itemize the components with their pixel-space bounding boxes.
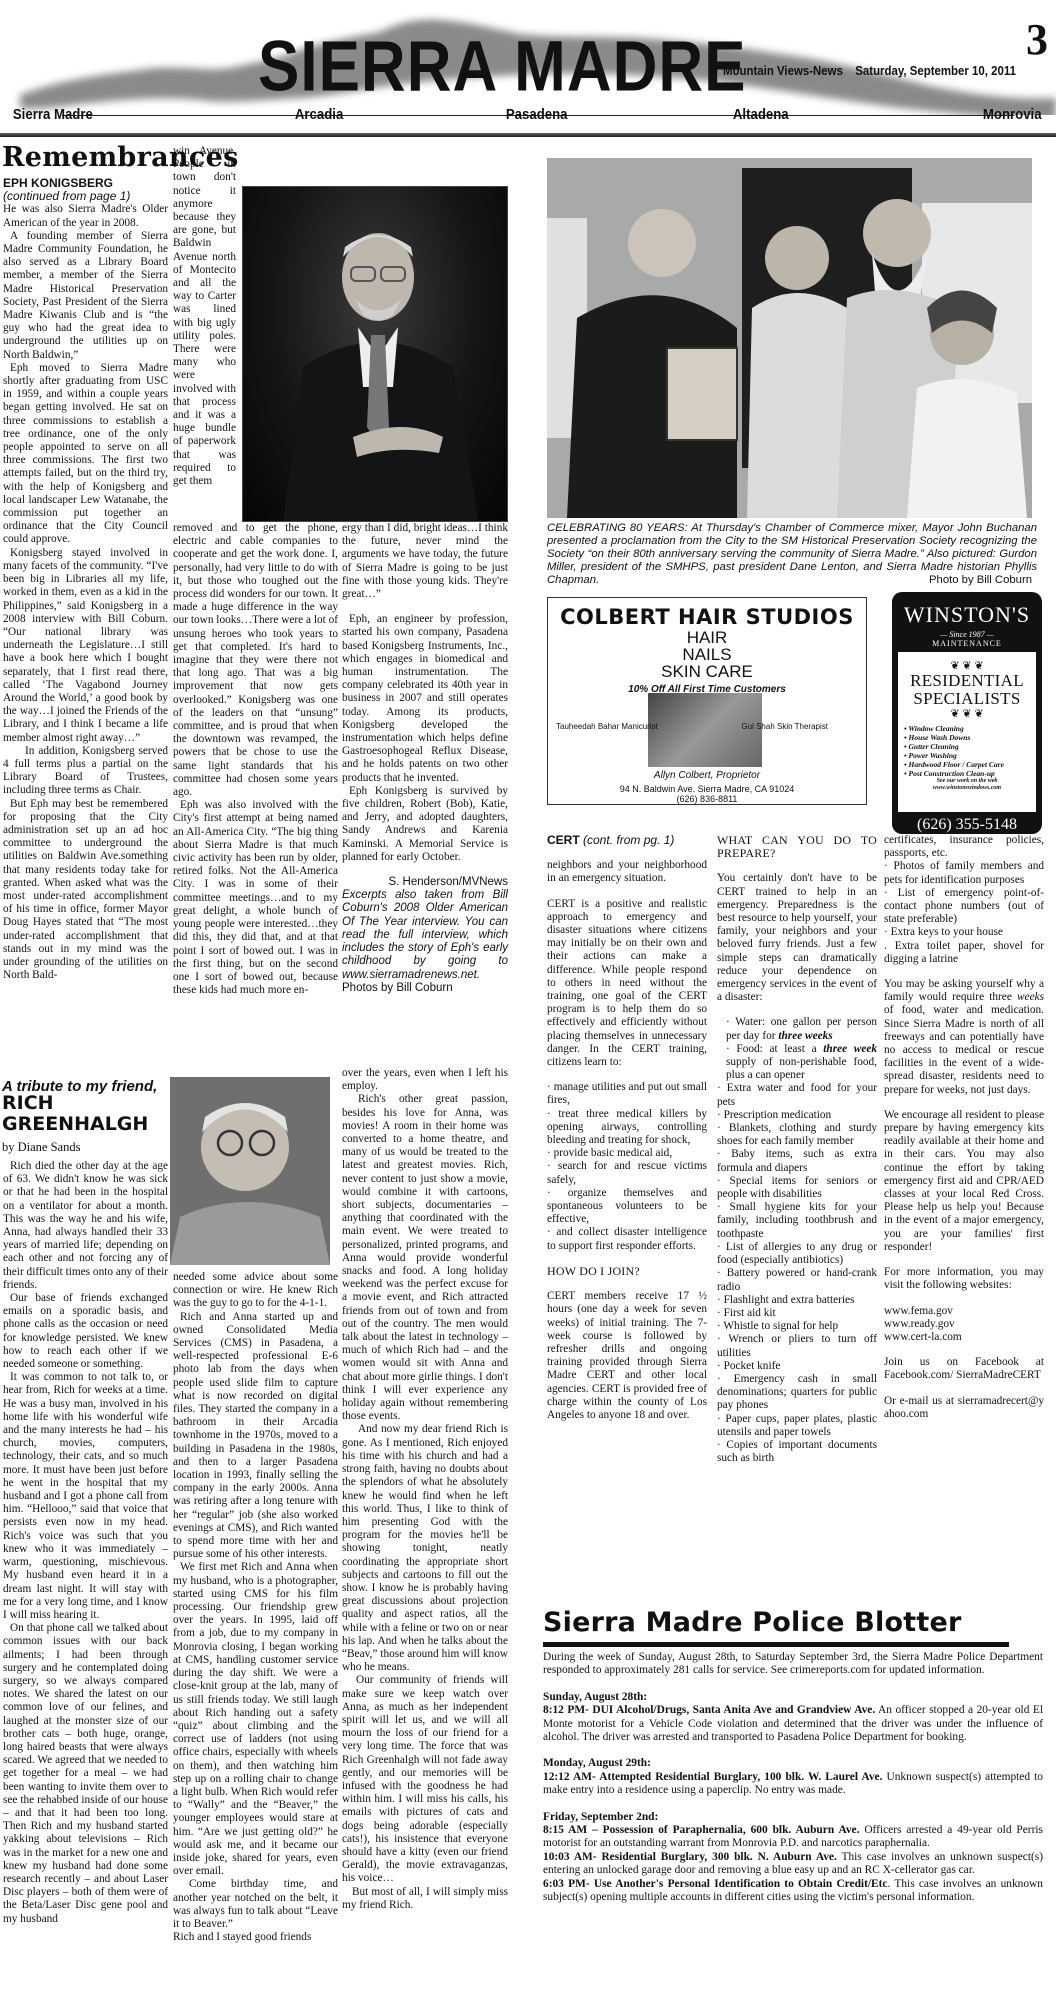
- ad-staff-right: Gul Shah Skin Therapist: [741, 722, 828, 731]
- cert-prepare-heading: WHAT CAN YOU DO TO PREPARE?: [717, 834, 877, 860]
- eph-article-col-3: ergy than I did, bright ideas…I think th…: [342, 522, 508, 995]
- why-emphasis: weeks: [1017, 991, 1044, 1003]
- blotter-entry: 6:03 PM- Use Another's Personal Identifi…: [543, 1878, 1043, 1905]
- rich-greenhalgh-photo: [170, 1077, 330, 1265]
- ad-service-item: • Post Construction Clean-up: [904, 769, 1036, 778]
- kit-item: · Food: at least a three week supply of …: [726, 1043, 877, 1083]
- kit-item: · Emergency cash in small denominations;…: [717, 1373, 877, 1413]
- ornament-icon: ❦ ❦ ❦: [898, 708, 1036, 720]
- rich-paragraph: Rich and Anna started up and owned Conso…: [173, 1311, 338, 1562]
- cert-col-1: CERT (cont. from pg. 1) neighbors and yo…: [547, 834, 707, 1422]
- rich-paragraph: Rich's other great passion, besides his …: [342, 1093, 508, 1423]
- website-link-cert-la[interactable]: www.cert-la.com: [884, 1331, 1044, 1344]
- ad-proprietor: Allyn Colbert, Proprietor: [548, 770, 866, 781]
- rich-byline: by Diane Sands: [2, 1140, 80, 1155]
- eph-paragraph: Eph was also involved with the City's fi…: [173, 799, 338, 997]
- kit-item: · Blankets, clothing and sturdy shoes fo…: [717, 1122, 877, 1148]
- ad-address: 94 N. Baldwin Ave. Sierra Madre, CA 9102…: [548, 784, 866, 804]
- cert-kicker: CERT (cont. from pg. 1): [547, 834, 707, 847]
- ad-service-item: • Window Cleaning: [904, 724, 1036, 733]
- blotter-day-heading: Monday, August 29th:: [543, 1757, 651, 1769]
- rich-paragraph: Our base of friends exchanged emails on …: [3, 1292, 168, 1371]
- cert-col-3: certificates, insurance policies, passpo…: [884, 834, 1044, 1421]
- masthead: 3 SIERRA MADRE Mountain Views-NewsSaturd…: [0, 0, 1056, 140]
- kit-item: · List of emergency point-of-contact pho…: [884, 887, 1044, 927]
- rich-paragraph: Our community of friends will make sure …: [342, 1674, 508, 1885]
- kit-item: . Extra toilet paper, shovel for digging…: [884, 940, 1044, 966]
- kit-item: · Photos of family members and pets for …: [884, 860, 1044, 886]
- rich-article-col-3: over the years, even when I left his emp…: [342, 1067, 508, 1912]
- eph-paragraph: ergy than I did, bright ideas…I think th…: [342, 522, 508, 601]
- ad-headline: SPECIALISTS: [898, 690, 1036, 708]
- website-link-fema[interactable]: www.fema.gov: [884, 1305, 1044, 1318]
- facebook-link[interactable]: Join us on Facebook at Facebook.com/ Sie…: [884, 1356, 1044, 1382]
- cert-kicker-label: CERT: [547, 833, 580, 847]
- ad-street-address: 94 N. Baldwin Ave. Sierra Madre, CA 9102…: [548, 784, 866, 794]
- eph-paragraph: He was also Sierra Madre's Older America…: [3, 203, 168, 229]
- ad-phone: (626) 836-8811: [548, 794, 866, 804]
- eph-paragraph: Eph moved to Sierra Madre shortly after …: [3, 362, 168, 547]
- ad-headline: RESIDENTIAL: [898, 672, 1036, 690]
- winstons-maintenance-ad[interactable]: WINSTON'S — Since 1987 — MAINTENANCE ❦ ❦…: [892, 592, 1042, 834]
- learn-item: · treat three medical killers by opening…: [547, 1108, 707, 1148]
- kit-text: · Food: at least a: [726, 1043, 823, 1055]
- ad-subtitle: MAINTENANCE: [892, 639, 1042, 648]
- ad-web-note: See our work on the web: [898, 778, 1036, 785]
- cert-col-2: WHAT CAN YOU DO TO PREPARE? You certainl…: [717, 834, 877, 1465]
- rich-paragraph: On that phone call we talked about commo…: [3, 1622, 168, 1926]
- blotter-entry-heading: 10:03 AM- Residential Burglary, 300 blk.…: [543, 1851, 837, 1863]
- rich-photo-graphic: [170, 1077, 330, 1265]
- blotter-entry: 10:03 AM- Residential Burglary, 300 blk.…: [543, 1851, 1043, 1878]
- rich-paragraph: And now my dear friend Rich is gone. As …: [342, 1423, 508, 1674]
- ad-service: HAIR: [548, 629, 866, 646]
- blotter-day-heading: Sunday, August 28th:: [543, 1691, 647, 1703]
- rich-paragraph: over the years, even when I left his emp…: [342, 1067, 508, 1093]
- blotter-intro: During the week of Sunday, August 28th, …: [543, 1651, 1043, 1678]
- kit-item: · First aid kit: [717, 1307, 877, 1320]
- eph-paragraph: removed and to get the phone, electric a…: [173, 522, 338, 799]
- issue-date: Saturday, September 10, 2011: [855, 63, 1016, 78]
- ad-panel: ❦ ❦ ❦ RESIDENTIAL SPECIALISTS ❦ ❦ ❦ • Wi…: [898, 652, 1036, 812]
- cert-paragraph: CERT members receive 17 ½ hours (one day…: [547, 1290, 707, 1422]
- cert-kit-list-cont: · Extra water and food for your pets · P…: [717, 1082, 877, 1465]
- kit-item: · Battery powered or hand-crank radio: [717, 1267, 877, 1293]
- masthead-title: SIERRA MADRE: [258, 32, 747, 103]
- kit-item: · Whistle to signal for help: [717, 1320, 877, 1333]
- ad-service: NAILS: [548, 646, 866, 663]
- group-photo-credit: Photo by Bill Coburn: [929, 574, 1032, 586]
- kit-item: · Special items for seniors or people wi…: [717, 1175, 877, 1201]
- publication-name: Mountain Views-News: [723, 63, 843, 78]
- eph-paragraph: Eph Konigsberg is survived by five child…: [342, 785, 508, 864]
- why-text: of food, water and medication. Since Sie…: [884, 1004, 1044, 1095]
- cert-continued: (cont. from pg. 1): [583, 833, 674, 847]
- ad-staff-left: Tauheedah Bahar Manicurist: [556, 722, 658, 731]
- kit-text: supply of non-perishable food, plus a ca…: [726, 1056, 877, 1081]
- rich-paragraph: We first met Rich and Anna when my husba…: [173, 1561, 338, 1878]
- blotter-day: Friday, September 2nd: 8:15 AM – Possess…: [543, 1811, 1043, 1905]
- kit-item: · Copies of important documents such as …: [717, 1439, 877, 1465]
- eph-paragraph: A founding member of Sierra Madre Commun…: [3, 230, 168, 362]
- eph-article-col-1: EPH KONIGSBERG (continued from page 1) H…: [3, 177, 168, 982]
- rich-article-col-2: needed some advice about some connection…: [173, 1271, 338, 1944]
- cert-paragraph: CERT is a positive and realistic approac…: [547, 898, 707, 1070]
- group-photo-graphic: [547, 158, 1032, 518]
- kit-emphasis: three week: [823, 1043, 877, 1055]
- kit-emphasis: three weeks: [778, 1030, 832, 1042]
- learn-item: · organize themselves and spontaneous vo…: [547, 1187, 707, 1227]
- ad-service: SKIN CARE: [548, 663, 866, 680]
- blotter-entry-heading: 6:03 PM- Use Another's Personal Identifi…: [543, 1878, 887, 1890]
- eph-paragraph: In addition, Konigsberg served 4 full te…: [3, 745, 168, 798]
- masthead-rule: [0, 133, 1056, 137]
- rich-paragraph: It was common to not talk to, or hear fr…: [3, 1371, 168, 1622]
- ad-service-item: • Hardwood Floor / Carpet Care: [904, 760, 1036, 769]
- city-arcadia: Arcadia: [294, 106, 344, 123]
- ad-since: — Since 1987 —: [892, 630, 1042, 639]
- rich-paragraph: Come birthday time, and another year not…: [173, 1878, 338, 1931]
- blotter-entry-heading: 8:12 PM- DUI Alcohol/Drugs, Santa Anita …: [543, 1704, 875, 1716]
- rich-paragraph: needed some advice about some connection…: [173, 1271, 338, 1311]
- kit-item: · Paper cups, paper plates, plastic uten…: [717, 1413, 877, 1439]
- city-monrovia: Monrovia: [982, 106, 1042, 123]
- kit-item: · Small hygiene kits for your family, in…: [717, 1201, 877, 1241]
- colbert-hair-studios-ad[interactable]: COLBERT HAIR STUDIOS HAIR NAILS SKIN CAR…: [547, 597, 867, 805]
- blotter-entry-heading: 8:15 AM – Possession of Paraphernalia, 6…: [543, 1824, 859, 1836]
- ad-service-item: • Power Washing: [904, 751, 1036, 760]
- kit-item: · Wrench or pliers to turn off utilities: [717, 1333, 877, 1359]
- eph-article-col-2: removed and to get the phone, electric a…: [173, 522, 338, 997]
- learn-item: · provide basic medical aid,: [547, 1147, 707, 1160]
- kit-item: certificates, insurance policies, passpo…: [884, 834, 1044, 860]
- eph-paragraph: win Avenue. People in town don't notice …: [173, 145, 236, 488]
- cert-kit-list: · Water: one gallon per person per day f…: [717, 1016, 877, 1082]
- kit-item: · List of allergies to any drug or food …: [717, 1241, 877, 1267]
- learn-item: · and collect disaster intelligence to s…: [547, 1226, 707, 1252]
- blotter-rule: [543, 1642, 1009, 1647]
- eph-paragraph: Eph, an engineer by profession, started …: [342, 613, 508, 785]
- city-line: Sierra Madre Arcadia Pasadena Altadena M…: [12, 104, 1044, 124]
- portrait-figure-graphic: [243, 187, 508, 522]
- kit-item: · Prescription medication: [717, 1109, 877, 1122]
- rich-paragraph: But most of all, I will simply miss my f…: [342, 1886, 508, 1912]
- masthead-tagline: Mountain Views-NewsSaturday, September 1…: [723, 63, 1016, 78]
- cert-join-heading: HOW DO I JOIN?: [547, 1265, 707, 1278]
- blotter-day: Monday, August 29th: 12:12 AM- Attempted…: [543, 1757, 1043, 1797]
- page-number: 3: [1026, 18, 1048, 62]
- eph-byline: S. Henderson/MVNews: [342, 876, 508, 889]
- blotter-entry: 8:12 PM- DUI Alcohol/Drugs, Santa Anita …: [543, 1704, 1043, 1744]
- cert-kit-list-end: certificates, insurance policies, passpo…: [884, 834, 1044, 966]
- rich-paragraph: Rich died the other day at the age of 63…: [3, 1160, 168, 1292]
- eph-continued: (continued from page 1): [3, 190, 168, 203]
- eph-paragraph: But Eph may best be remembered for propo…: [3, 798, 168, 983]
- cert-paragraph: We encourage all resident to please prep…: [884, 1109, 1044, 1254]
- blotter-title: Sierra Madre Police Blotter: [543, 1607, 962, 1638]
- cert-paragraph: You certainly don't have to be CERT trai…: [717, 872, 877, 1004]
- city-pasadena: Pasadena: [505, 106, 568, 123]
- ad-business-name: COLBERT HAIR STUDIOS: [548, 605, 866, 629]
- kit-item: · Extra water and food for your pets: [717, 1082, 877, 1108]
- ad-service-item: • House Wash Downs: [904, 733, 1036, 742]
- blotter-entry-heading: 12:12 AM- Attempted Residential Burglary…: [543, 1771, 882, 1783]
- learn-item: · search for and rescue victims safely,: [547, 1160, 707, 1186]
- cert-paragraph: For more information, you may visit the …: [884, 1266, 1044, 1292]
- ad-services-list: • Window Cleaning • House Wash Downs • G…: [898, 724, 1036, 778]
- police-blotter: During the week of Sunday, August 28th, …: [543, 1651, 1043, 1905]
- blotter-day: Sunday, August 28th: 8:12 PM- DUI Alcoho…: [543, 1691, 1043, 1745]
- eph-article-col-2-narrow: win Avenue. People in town don't notice …: [173, 145, 236, 488]
- cert-paragraph: You may be asking yourself why a family …: [884, 978, 1044, 1097]
- eph-photo-credit: Photos by Bill Coburn: [342, 982, 508, 995]
- rich-article-col-1: Rich died the other day at the age of 63…: [3, 1160, 168, 1926]
- eph-portrait-photo: [242, 186, 508, 522]
- email-link[interactable]: Or e-mail us at sierramadrecert@yahoo.co…: [884, 1395, 1044, 1421]
- website-link-ready[interactable]: www.ready.gov: [884, 1318, 1044, 1331]
- city-sierra-madre: Sierra Madre: [12, 106, 94, 123]
- eph-paragraph: Konigsberg stayed involved in many facet…: [3, 547, 168, 745]
- ad-web-link[interactable]: www.winstonswindows.com: [898, 785, 1036, 792]
- celebrating-80-years-photo: [547, 158, 1032, 518]
- ad-phone: (626) 355-5148: [892, 816, 1042, 834]
- rich-title: RICH GREENHALGH: [2, 1093, 167, 1135]
- blotter-day-heading: Friday, September 2nd:: [543, 1811, 658, 1823]
- ad-service-item: • Gutter Cleaning: [904, 742, 1036, 751]
- cert-learn-list: · manage utilities and put out small fir…: [547, 1081, 707, 1253]
- kit-item: · Water: one gallon per person per day f…: [726, 1016, 877, 1042]
- learn-item: · manage utilities and put out small fir…: [547, 1081, 707, 1107]
- blotter-entry: 8:15 AM – Possession of Paraphernalia, 6…: [543, 1824, 1043, 1851]
- ad-brand: WINSTON'S: [892, 602, 1042, 628]
- eph-excerpt-note: Excerpts also taken from Bill Coburn's 2…: [342, 889, 508, 981]
- kit-item: · Extra keys to your house: [884, 926, 1044, 939]
- rich-paragraph: Rich and I stayed good friends: [173, 1931, 338, 1944]
- kit-item: · Baby items, such as extra formula and …: [717, 1148, 877, 1174]
- cert-paragraph: neighbors and your neighborhood in an em…: [547, 859, 707, 885]
- kit-item: · Pocket knife: [717, 1360, 877, 1373]
- city-altadena: Altadena: [732, 106, 790, 123]
- blotter-entry: 12:12 AM- Attempted Residential Burglary…: [543, 1771, 1043, 1798]
- kit-item: · Flashlight and extra batteries: [717, 1294, 877, 1307]
